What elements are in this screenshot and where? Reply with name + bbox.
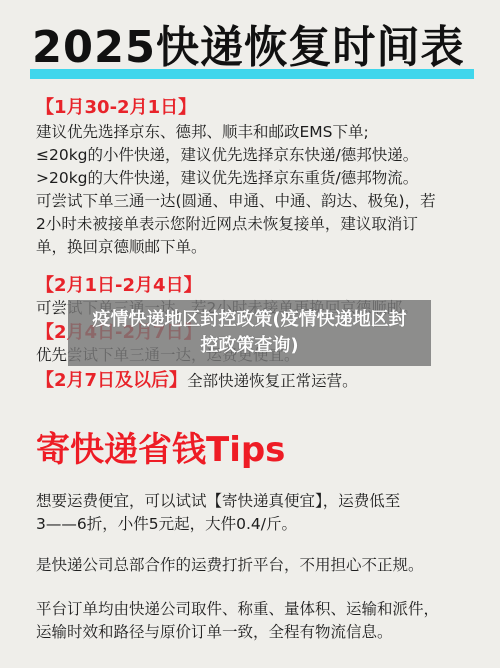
section-text: 建议优先选择京东、德邦、顺丰和邮政EMS下单; ≤20kg的小件快递，建议优先选… — [36, 121, 436, 259]
section-text: 全部快递恢复正常运营。 — [187, 372, 358, 390]
caption-overlay: 疫情快递地区封控政策(疫情快递地区封控政策查询) — [68, 300, 431, 366]
date-header: 【2月7日及以后】 — [36, 370, 187, 391]
text-line: 3——6折，小件5元起，大件0.4/斤。 — [36, 513, 400, 536]
text-line: 平台订单均由快递公司取件、称重、量体积、运输和派件， — [36, 598, 439, 621]
text-line: >20kg的大件快递，建议优先选择京东重货/德邦物流。 — [36, 167, 436, 190]
tips-paragraph-2: 是快递公司总部合作的运费打折平台，不用担心不正规。 — [36, 554, 424, 577]
schedule-section-1: 【1月30-2月1日】 建议优先选择京东、德邦、顺丰和邮政EMS下单; ≤20k… — [36, 97, 436, 259]
page-title: 2025快递恢复时间表 — [32, 20, 465, 76]
tips-paragraph-3: 平台订单均由快递公司取件、称重、量体积、运输和派件， 运输时效和路径与原价订单一… — [36, 598, 439, 644]
tips-title: 寄快递省钱Tips — [36, 428, 285, 472]
text-line: 可尝试下单三通一达(圆通、申通、中通、韵达、极兔)，若 — [36, 190, 436, 213]
overlay-caption-text: 疫情快递地区封控政策(疫情快递地区封控政策查询) — [85, 307, 415, 359]
text-line: 建议优先选择京东、德邦、顺丰和邮政EMS下单; — [36, 121, 436, 144]
text-line: 2小时未被接单表示您附近网点未恢复接单，建议取消订 — [36, 213, 436, 236]
poster: 2025快递恢复时间表 【1月30-2月1日】 建议优先选择京东、德邦、顺丰和邮… — [0, 0, 500, 668]
tips-paragraph-1: 想要运费便宜，可以试试【寄快递真便宜】，运费低至 3——6折，小件5元起，大件0… — [36, 490, 400, 536]
text-line: 运输时效和路径与原价订单一致，全程有物流信息。 — [36, 621, 439, 644]
text-line: 是快递公司总部合作的运费打折平台，不用担心不正规。 — [36, 554, 424, 577]
title-section: 2025快递恢复时间表 — [30, 14, 475, 82]
date-header: 【2月1日-2月4日】 — [36, 275, 418, 297]
text-line: 单，换回京德顺邮下单。 — [36, 236, 436, 259]
text-line: ≤20kg的小件快递，建议优先选择京东快递/德邦快递。 — [36, 144, 436, 167]
text-line: 想要运费便宜，可以试试【寄快递真便宜】，运费低至 — [36, 490, 400, 513]
date-header: 【1月30-2月1日】 — [36, 97, 436, 119]
schedule-section-4: 【2月7日及以后】全部快递恢复正常运营。 — [36, 370, 358, 393]
